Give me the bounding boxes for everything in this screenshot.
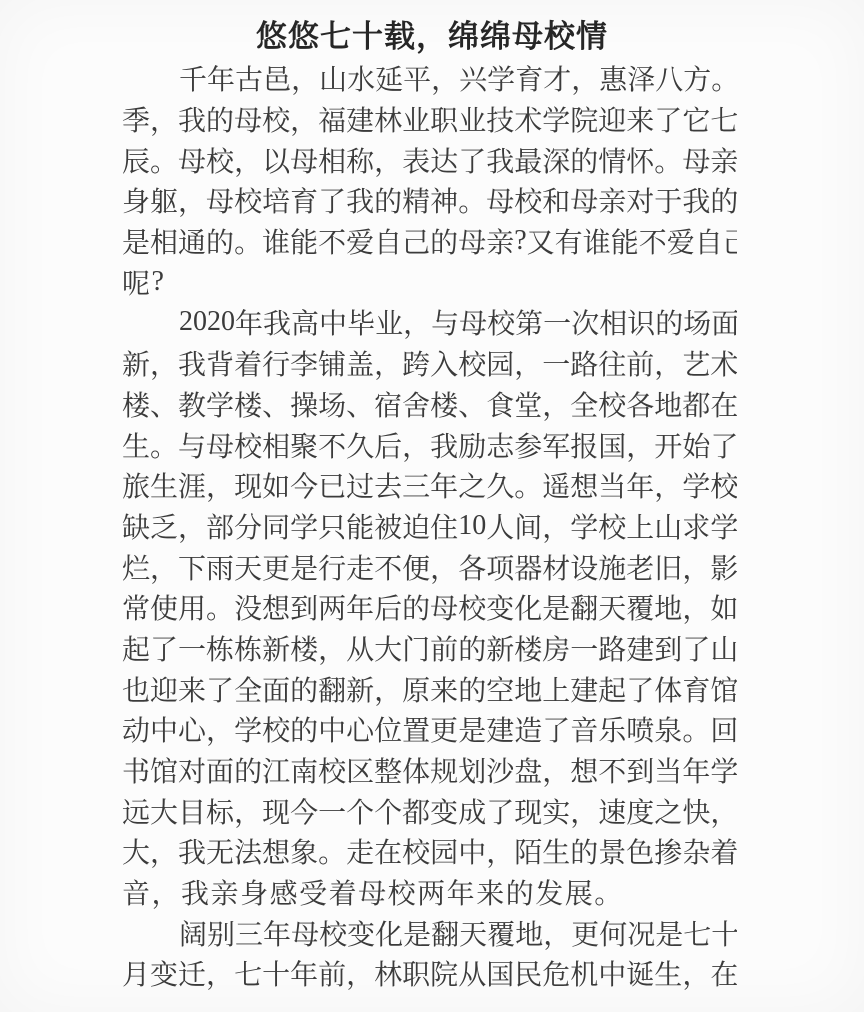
text-line: 是相通的。谁能不爱自己的母亲?又有谁能不爱自己的母校	[122, 221, 737, 262]
document-page: 悠悠七十载，绵绵母校情 千年古邑，山水延平，兴学育才，惠泽八方。在2023年秋季…	[0, 0, 864, 1012]
text-line: 书馆对面的江南校区整体规划沙盘，想不到当年学校立下的	[122, 750, 737, 791]
document-body: 千年古邑，山水延平，兴学育才，惠泽八方。在2023年秋季，我的母校，福建林业职业…	[0, 58, 864, 994]
text-line: 新，我背着行李铺盖，跨入校园，一路往前，艺术楼、行政	[122, 343, 737, 384]
text-line: 动中心，学校的中心位置更是建造了音乐喷泉。回想起来图	[122, 709, 737, 750]
text-line: 烂，下雨天更是行走不便，各项器材设施老旧，影响同学们正	[122, 546, 737, 587]
text-line: 远大目标，现今一个个都变成了现实，速度之快，变化之	[122, 790, 737, 831]
text-line: 常使用。没想到两年后的母校变化是翻天覆地，如今我校建	[122, 587, 737, 628]
text-line: 旅生涯，现如今已过去三年之久。遥想当年，学校的公寓宿舍	[122, 465, 737, 506]
text-line: 也迎来了全面的翻新，原来的空地上建起了体育馆，学生活	[122, 668, 737, 709]
text-line: 生。与母校相聚不久后，我励志参军报国，开始了我两年的军	[122, 424, 737, 465]
text-line: 千年古邑，山水延平，兴学育才，惠泽八方。在2023年秋	[122, 58, 737, 99]
text-line: 缺乏，部分同学只能被迫住10人间，学校上山求学的道路泥	[122, 506, 737, 547]
text-line: 楼、教学楼、操场、宿舍楼、食堂，全校各地都在夹道欢迎新	[122, 384, 737, 425]
text-line: 季，我的母校，福建林业职业技术学院迎来了它七十岁诞	[122, 99, 737, 140]
text-line: 音，我亲身感受着母校两年来的发展。	[122, 872, 737, 913]
text-line: 辰。母校，以母相称，表达了我最深的情怀。母亲孕育了我的	[122, 139, 737, 180]
text-line: 大，我无法想象。走在校园中，陌生的景色掺杂着熟悉的声	[122, 831, 737, 872]
text-line: 阔别三年母校变化是翻天覆地，更何况是七十年来的岁	[122, 912, 737, 953]
text-line: 身躯，母校培育了我的精神。母校和母亲对于我的美好情怀	[122, 180, 737, 221]
document-title: 悠悠七十载，绵绵母校情	[0, 16, 864, 58]
text-line: 月变迁，七十年前，林职院从国民危机中诞生，在烽火硝烟的	[122, 953, 737, 994]
text-line: 2020年我高中毕业，与母校第一次相识的场面我记忆犹	[122, 302, 737, 343]
text-line: 呢?	[122, 261, 737, 302]
text-line: 起了一栋栋新楼，从大门前的新楼房一路建到了山上，操场	[122, 628, 737, 669]
